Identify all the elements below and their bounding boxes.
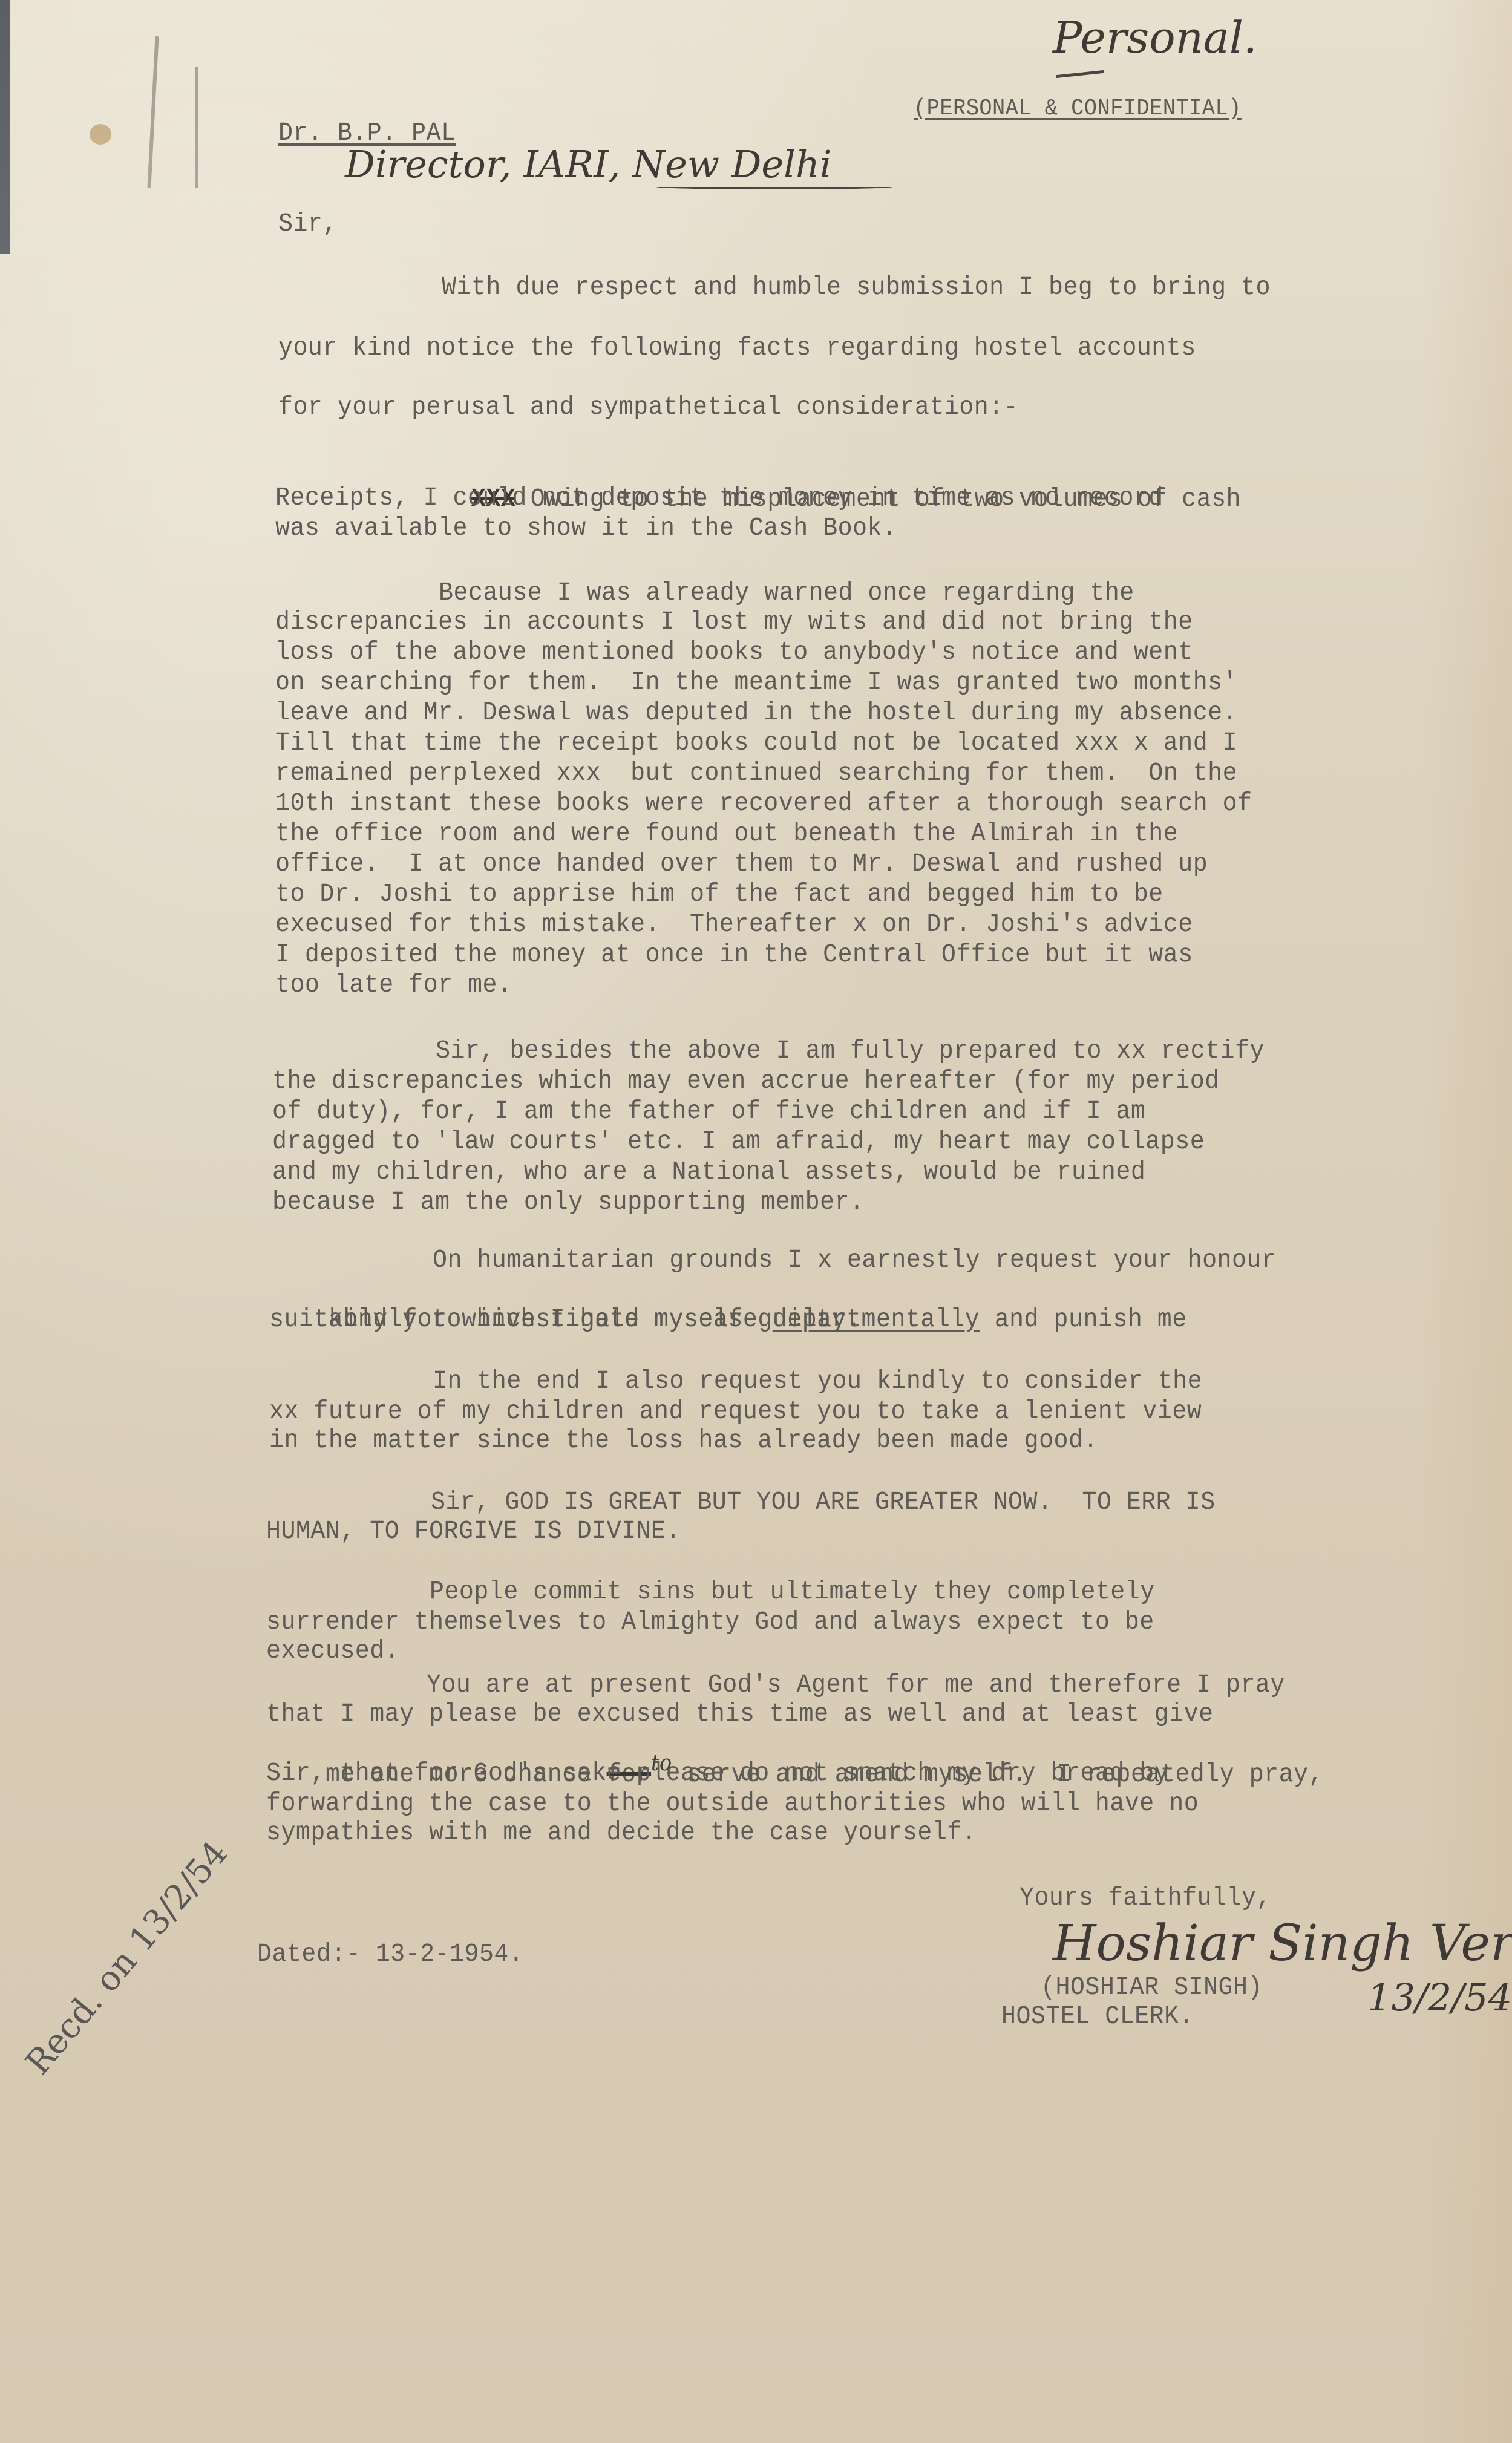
binder-edge [0,0,10,254]
para-line: discrepancies in accounts I lost my wits… [275,607,1193,637]
signatory-name: (HOSHIAR SINGH) [1041,1972,1263,2003]
para-line: I deposited the money at once in the Cen… [275,940,1193,970]
struck-marking: (PERSONAL & CONFIDENTIAL) [914,94,1242,124]
para-line: to Dr. Joshi to apprise him of the fact … [275,879,1163,909]
paper-texture [0,0,1512,2443]
para-line: You are at present God's Agent for me an… [427,1670,1285,1700]
para-line: In the end I also request you kindly to … [433,1366,1202,1396]
intro-line: your kind notice the following facts reg… [278,333,1196,363]
para-line: that I may please be excused this time a… [266,1699,1214,1729]
handwritten-underline [1056,70,1104,78]
para-line: On humanitarian grounds I x earnestly re… [433,1245,1276,1275]
para-line: Because I was already warned once regard… [439,578,1134,608]
staple-mark [147,36,159,188]
received-note: Recd. on 13/2/54 [18,1834,235,2082]
staple-mark [195,67,198,188]
para-text: and punish me [980,1304,1186,1334]
para-line: dragged to 'law courts' etc. I am afraid… [272,1127,1205,1157]
handwritten-marking: Personal. [1053,12,1257,63]
addressee-handwritten: Director, IARI, New Delhi [345,142,832,186]
signatory-title: HOSTEL CLERK. [1001,2001,1194,2032]
para-line: Sir, besides the above I am fully prepar… [436,1036,1265,1066]
paper-stain [90,124,111,145]
para-line: Sir, that for God's sake please do not s… [266,1758,1169,1788]
signature: Hoshiar Singh Verma [1053,1915,1512,1972]
salutation: Sir, [278,209,338,239]
para-line: sympathies with me and decide the case y… [266,1817,977,1848]
para-line: 10th instant these books were recovered … [275,788,1252,819]
para-line: execused. [266,1636,399,1666]
para-line: Sir, GOD IS GREAT BUT YOU ARE GREATER NO… [431,1487,1216,1517]
para-line: suitably for which I hold myself guilty. [269,1304,862,1335]
intro-line: With due respect and humble submission I… [442,272,1271,303]
para-line: too late for me. [275,970,512,1000]
para-line: because I am the only supporting member. [272,1187,865,1217]
para-line: in the matter since the loss has already… [269,1425,1098,1456]
para-line: HUMAN, TO FORGIVE IS DIVINE. [266,1516,681,1546]
para-line: and my children, who are a National asse… [272,1157,1145,1187]
para-line: execused for this mistake. Thereafter x … [275,909,1193,940]
dated: Dated:- 13-2-1954. [257,1939,523,1969]
para-line: the discrepancies which may even accrue … [272,1066,1220,1096]
para-line: of duty), for, I am the father of five c… [272,1096,1145,1127]
closing: Yours faithfully, [1019,1883,1271,1913]
signature-date: 13/2/54 [1367,1975,1512,2019]
para-line: on searching for them. In the meantime I… [275,667,1237,698]
para-line: xx future of my children and request you… [269,1396,1202,1427]
para-line: surrender themselves to Almighty God and… [266,1607,1154,1637]
para-line: loss of the above mentioned books to any… [275,637,1193,667]
handwritten-underline [656,185,892,189]
para-line: office. I at once handed over them to Mr… [275,849,1208,879]
para-line: Receipts, I could not deposit the money … [275,483,1163,513]
para-line: People commit sins but ultimately they c… [430,1577,1155,1607]
intro-line: for your perusal and sympathetical consi… [278,392,1018,422]
para-line: leave and Mr. Deswal was deputed in the … [275,698,1237,728]
para-line: remained perplexed xxx but continued sea… [275,758,1237,788]
para-line: the office room and were found out benea… [275,819,1178,849]
para-line: Till that time the receipt books could n… [275,728,1237,758]
para-line: forwarding the case to the outside autho… [266,1788,1199,1819]
para-line: was available to show it in the Cash Boo… [275,513,897,543]
